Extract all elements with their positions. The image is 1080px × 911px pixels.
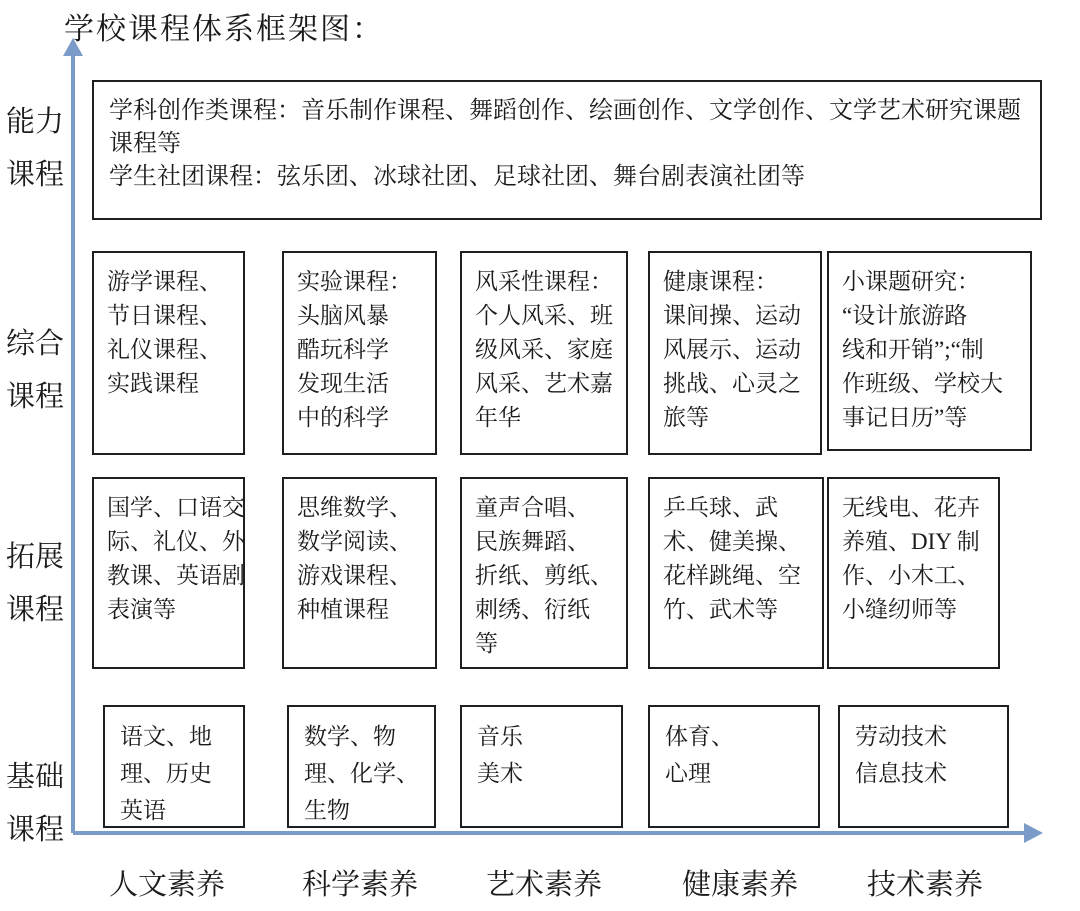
expansion-box-math: 思维数学、 数学阅读、 游戏课程、 种植课程 [282, 477, 437, 669]
x-axis-line [73, 831, 1026, 835]
x-axis-label-technology: 技术素养 [845, 862, 1005, 903]
comprehensive-box-experiment: 实验课程： 头脑风暴 酷玩科学 发现生活 中的科学 [282, 251, 437, 455]
y-axis-label-expansion: 拓展 课程 [2, 531, 68, 637]
y-axis-arrowhead-icon [63, 38, 83, 56]
x-axis-label-health: 健康素养 [660, 862, 820, 903]
x-axis-label-art: 艺术素养 [464, 862, 624, 903]
expansion-box-arts: 童声合唱、 民族舞蹈、 折纸、剪纸、 刺绣、衍纸 等 [460, 477, 628, 669]
y-axis-label-basic: 基础 课程 [2, 751, 68, 857]
comprehensive-box-travel: 游学课程、 节日课程、 礼仪课程、 实践课程 [92, 251, 245, 455]
expansion-box-tech: 无线电、花卉 养殖、DIY 制 作、小木工、 小缝纫师等 [827, 477, 1000, 669]
basic-box-science: 数学、物 理、化学、 生物 [287, 705, 436, 828]
comprehensive-box-style: 风采性课程： 个人风采、班 级风采、家庭 风采、艺术嘉 年华 [460, 251, 628, 455]
x-axis-label-humanities: 人文素养 [87, 862, 247, 903]
comprehensive-box-research: 小课题研究： “设计旅游路 线和开销”;“制 作班级、学校大 事记日历”等 [827, 251, 1032, 451]
comprehensive-box-health: 健康课程： 课间操、运动 风展示、运动 挑战、心灵之 旅等 [648, 251, 822, 455]
basic-box-health: 体育、 心理 [648, 705, 820, 828]
x-axis-label-science: 科学素养 [280, 862, 440, 903]
ability-courses-box: 学科创作类课程：音乐制作课程、舞蹈创作、绘画创作、文学创作、文学艺术研究课题课程… [92, 80, 1042, 220]
y-axis-label-ability: 能力 课程 [2, 96, 68, 202]
expansion-box-humanities: 国学、口语交 际、礼仪、外 教课、英语剧 表演等 [92, 477, 245, 669]
page-title: 学校课程体系框架图： [64, 4, 384, 48]
y-axis-line [71, 54, 75, 833]
y-axis-label-comprehensive: 综合 课程 [2, 318, 68, 424]
expansion-box-sports: 乒乓球、武 术、健美操、 花样跳绳、空 竹、武术等 [648, 477, 824, 669]
x-axis-arrowhead-icon [1024, 823, 1043, 843]
basic-box-art: 音乐 美术 [460, 705, 623, 828]
curriculum-diagram: 学校课程体系框架图： 能力 课程 综合 课程 拓展 课程 基础 课程 学科创作类… [0, 0, 1080, 911]
basic-box-tech: 劳动技术 信息技术 [838, 705, 1009, 828]
basic-box-humanities: 语文、地 理、历史 英语 [103, 705, 245, 828]
